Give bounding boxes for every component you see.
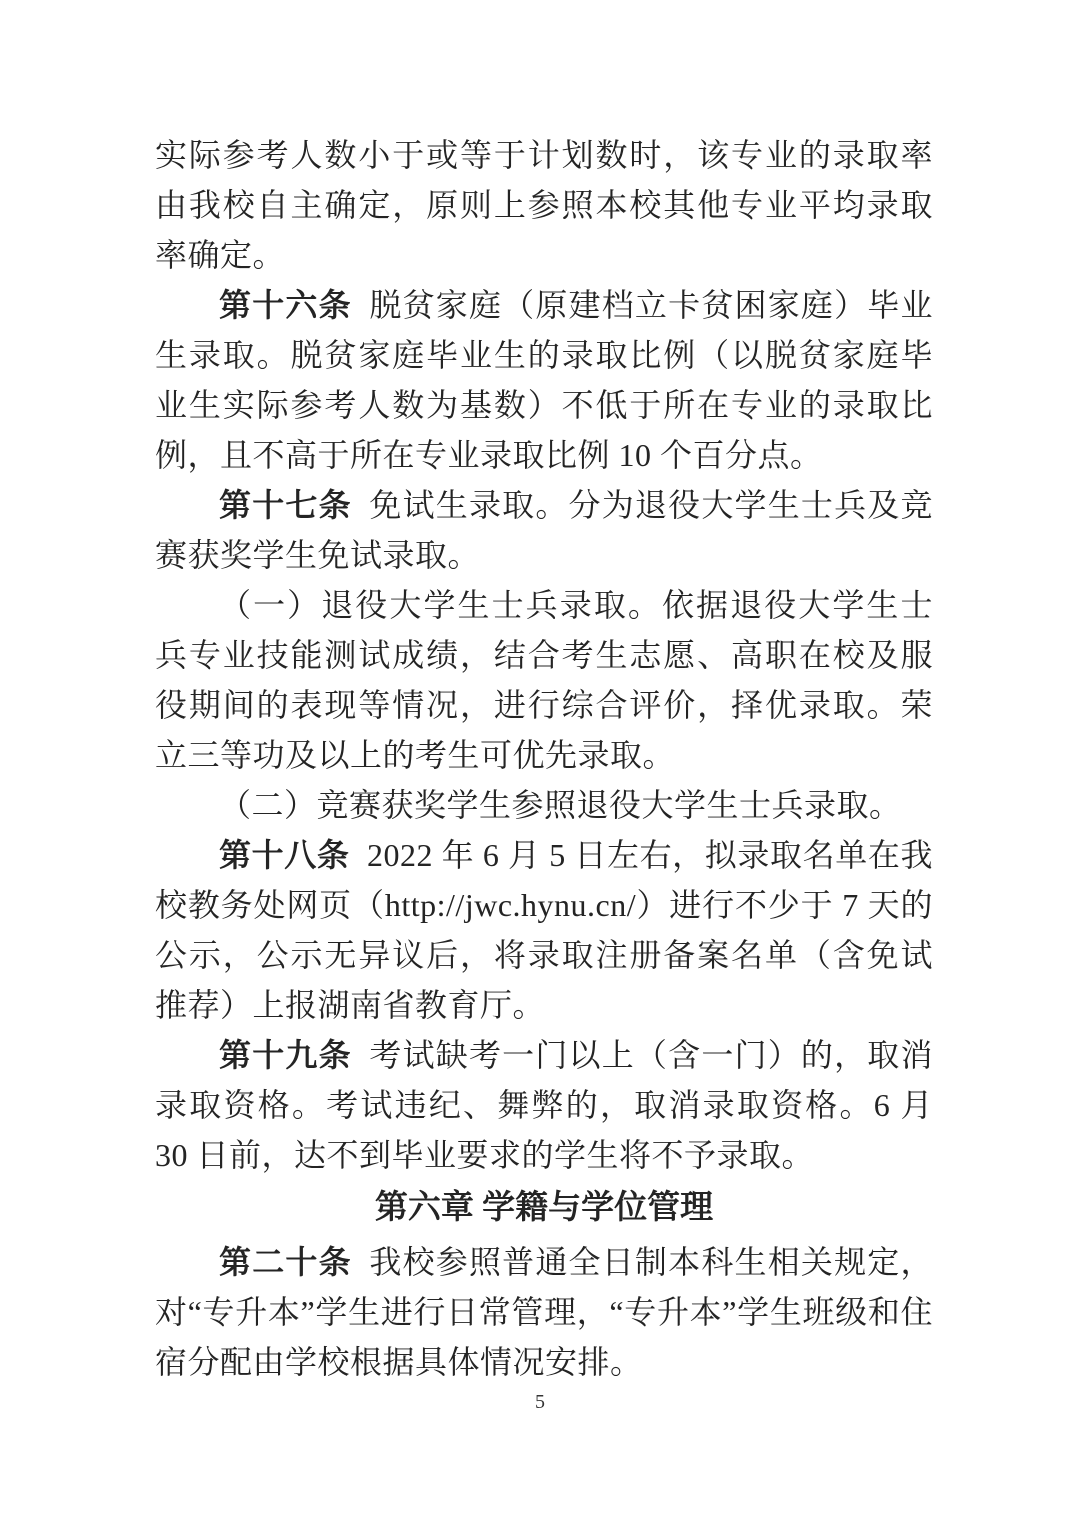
paragraph: 第十七条免试生录取。分为退役大学生士兵及竞赛获奖学生免试录取。 bbox=[155, 480, 933, 580]
chapter-heading: 第六章 学籍与学位管理 bbox=[155, 1183, 933, 1233]
paragraph-text: 实际参考人数小于或等于计划数时，该专业的录取率由我校自主确定，原则上参照本校其他… bbox=[155, 137, 933, 273]
document-page: 实际参考人数小于或等于计划数时，该专业的录取率由我校自主确定，原则上参照本校其他… bbox=[0, 0, 1080, 1527]
paragraph: 第二十条我校参照普通全日制本科生相关规定，对“专升本”学生进行日常管理，“专升本… bbox=[155, 1237, 933, 1387]
paragraph: 第十六条脱贫家庭（原建档立卡贫困家庭）毕业生录取。脱贫家庭毕业生的录取比例（以脱… bbox=[155, 280, 933, 480]
paragraph: 第十八条2022 年 6 月 5 日左右，拟录取名单在我校教务处网页（http:… bbox=[155, 830, 933, 1030]
page-number: 5 bbox=[0, 1390, 1080, 1414]
paragraph: 实际参考人数小于或等于计划数时，该专业的录取率由我校自主确定，原则上参照本校其他… bbox=[155, 130, 933, 280]
paragraph: （一）退役大学生士兵录取。依据退役大学生士兵专业技能测试成绩，结合考生志愿、高职… bbox=[155, 580, 933, 780]
article-number: 第十九条 bbox=[219, 1037, 352, 1073]
paragraph: （二）竞赛获奖学生参照退役大学生士兵录取。 bbox=[155, 780, 933, 830]
document-text-block: 实际参考人数小于或等于计划数时，该专业的录取率由我校自主确定，原则上参照本校其他… bbox=[155, 130, 933, 1387]
article-number: 第二十条 bbox=[219, 1244, 352, 1280]
paragraph-text: （二）竞赛获奖学生参照退役大学生士兵录取。 bbox=[219, 787, 902, 823]
article-number: 第十七条 bbox=[219, 487, 352, 523]
paragraph: 第十九条考试缺考一门以上（含一门）的，取消录取资格。考试违纪、舞弊的，取消录取资… bbox=[155, 1030, 933, 1180]
paragraph-text: （一）退役大学生士兵录取。依据退役大学生士兵专业技能测试成绩，结合考生志愿、高职… bbox=[155, 587, 933, 773]
article-number: 第十六条 bbox=[219, 287, 352, 323]
article-number: 第十八条 bbox=[219, 837, 349, 873]
